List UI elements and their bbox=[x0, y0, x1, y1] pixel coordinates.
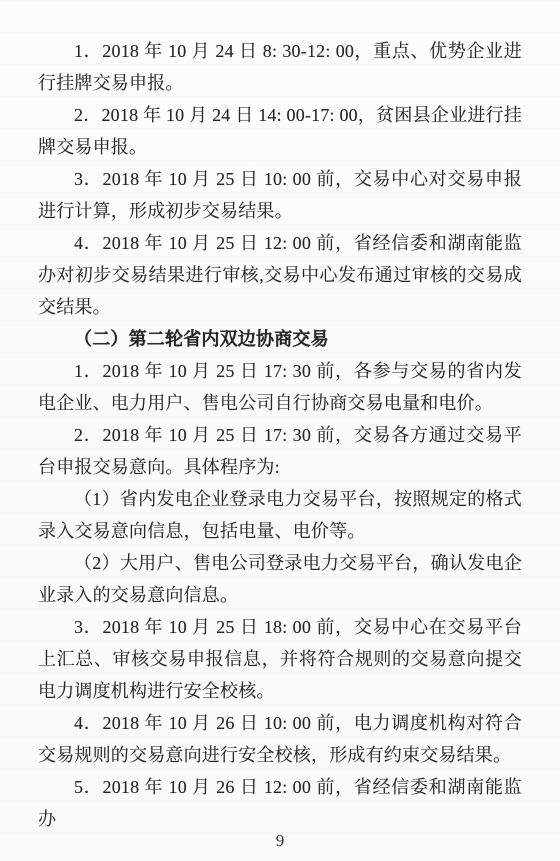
paragraph: 3．2018 年 10 月 25 日 18: 00 前，交易中心在交易平台上汇总… bbox=[38, 611, 522, 707]
paragraph: 3．2018 年 10 月 25 日 10: 00 前，交易中心对交易申报进行计… bbox=[38, 163, 522, 227]
paragraph: 1．2018 年 10 月 24 日 8: 30-12: 00，重点、优势企业进… bbox=[38, 35, 522, 99]
section-heading: （二）第二轮省内双边协商交易 bbox=[38, 323, 522, 355]
document-body: 1．2018 年 10 月 24 日 8: 30-12: 00，重点、优势企业进… bbox=[38, 35, 522, 835]
paragraph: 1．2018 年 10 月 25 日 17: 30 前，各参与交易的省内发电企业… bbox=[38, 355, 522, 419]
paragraph: 2．2018 年 10 月 25 日 17: 30 前，交易各方通过交易平台申报… bbox=[38, 419, 522, 483]
paragraph: （1）省内发电企业登录电力交易平台，按照规定的格式录入交易意向信息，包括电量、电… bbox=[38, 483, 522, 547]
document-page: 1．2018 年 10 月 24 日 8: 30-12: 00，重点、优势企业进… bbox=[0, 0, 560, 861]
paragraph: 2．2018 年 10 月 24 日 14: 00-17: 00，贫困县企业进行… bbox=[38, 99, 522, 163]
paragraph: 4．2018 年 10 月 26 日 10: 00 前，电力调度机构对符合交易规… bbox=[38, 707, 522, 771]
page-number: 9 bbox=[0, 830, 560, 852]
paragraph: 4．2018 年 10 月 25 日 12: 00 前，省经信委和湖南能监办对初… bbox=[38, 227, 522, 323]
paragraph: 5．2018 年 10 月 26 日 12: 00 前，省经信委和湖南能监办 bbox=[38, 771, 522, 835]
paragraph: （2）大用户、售电公司登录电力交易平台，确认发电企业录入的交易意向信息。 bbox=[38, 547, 522, 611]
